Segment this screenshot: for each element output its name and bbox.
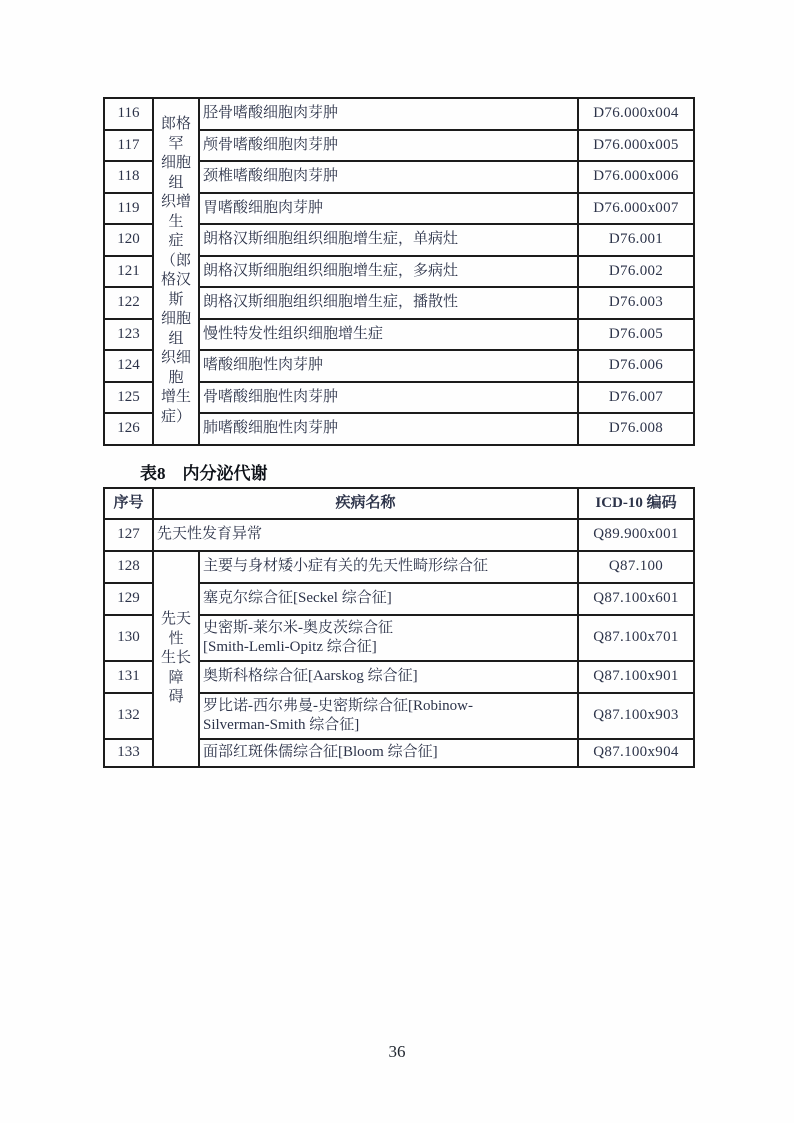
row-number-cell: 128 [104, 551, 153, 583]
icd-code-cell: Q87.100x701 [578, 615, 694, 661]
icd-code-cell: D76.007 [578, 382, 694, 414]
document-page: 116 郎格罕 细胞组 织增生 症（郎 格汉斯 细胞组 织细胞 增生 症） 胫骨… [0, 0, 794, 1123]
row-number-cell: 123 [104, 319, 153, 351]
disease-name-cell: 颈椎嗜酸细胞肉芽肿 [199, 161, 578, 193]
disease-name-cell: 罗比诺-西尔弗曼-史密斯综合征[Robinow- Silverman-Smith… [199, 693, 578, 739]
icd-code-cell: Q87.100 [578, 551, 694, 583]
row-number-cell: 131 [104, 661, 153, 693]
table-row: 127 先天性发育异常 Q89.900x001 [104, 519, 694, 551]
row-number-cell: 127 [104, 519, 153, 551]
row-number-cell: 119 [104, 193, 153, 225]
table8-caption: 表8 内分泌代谢 [140, 459, 268, 484]
row-number-cell: 118 [104, 161, 153, 193]
icd-code-cell: D76.000x005 [578, 130, 694, 162]
disease-name-cell: 史密斯-莱尔米-奥皮茨综合征 [Smith-Lemli-Opitz 综合征] [199, 615, 578, 661]
row-number-cell: 129 [104, 583, 153, 615]
disease-group-cell: 郎格罕 细胞组 织增生 症（郎 格汉斯 细胞组 织细胞 增生 症） [153, 98, 199, 445]
icd-code-cell: D76.001 [578, 224, 694, 256]
row-number-cell: 124 [104, 350, 153, 382]
icd-code-cell: Q89.900x001 [578, 519, 694, 551]
row-number-cell: 133 [104, 739, 153, 767]
icd-code-cell: Q87.100x601 [578, 583, 694, 615]
disease-name-cell: 骨嗜酸细胞性肉芽肿 [199, 382, 578, 414]
disease-name-cell: 嗜酸细胞性肉芽肿 [199, 350, 578, 382]
disease-name-cell: 塞克尔综合征[Seckel 综合征] [199, 583, 578, 615]
row-number-cell: 122 [104, 287, 153, 319]
icd-code-cell: Q87.100x903 [578, 693, 694, 739]
disease-group-cell: 先天性 生长障 碍 [153, 551, 199, 767]
disease-name-cell: 颅骨嗜酸细胞肉芽肿 [199, 130, 578, 162]
icd-code-cell: D76.000x006 [578, 161, 694, 193]
disease-name-cell: 朗格汉斯细胞组织细胞增生症，多病灶 [199, 256, 578, 288]
table-row: 128 先天性 生长障 碍 主要与身材矮小症有关的先天性畸形综合征 Q87.10… [104, 551, 694, 583]
icd-code-cell: Q87.100x901 [578, 661, 694, 693]
disease-name-cell: 奥斯科格综合征[Aarskog 综合征] [199, 661, 578, 693]
row-number-cell: 130 [104, 615, 153, 661]
column-header-no: 序号 [104, 488, 153, 519]
disease-name-cell: 胫骨嗜酸细胞肉芽肿 [199, 98, 578, 130]
icd-code-cell: Q87.100x904 [578, 739, 694, 767]
disease-name-cell: 朗格汉斯细胞组织细胞增生症，播散性 [199, 287, 578, 319]
disease-name-cell: 主要与身材矮小症有关的先天性畸形综合征 [199, 551, 578, 583]
disease-name-cell: 面部红斑侏儒综合征[Bloom 综合征] [199, 739, 578, 767]
column-header-disease-name: 疾病名称 [153, 488, 578, 519]
disease-name-cell: 先天性发育异常 [153, 519, 578, 551]
icd-code-cell: D76.000x007 [578, 193, 694, 225]
disease-name-cell: 慢性特发性组织细胞增生症 [199, 319, 578, 351]
row-number-cell: 116 [104, 98, 153, 130]
icd-code-cell: D76.003 [578, 287, 694, 319]
row-number-cell: 125 [104, 382, 153, 414]
disease-name-cell: 肺嗜酸细胞性肉芽肿 [199, 413, 578, 445]
page-number: 36 [0, 1042, 794, 1062]
disease-name-cell: 胃嗜酸细胞肉芽肿 [199, 193, 578, 225]
row-number-cell: 120 [104, 224, 153, 256]
icd-code-cell: D76.008 [578, 413, 694, 445]
icd-code-cell: D76.005 [578, 319, 694, 351]
row-number-cell: 132 [104, 693, 153, 739]
table-row: 116 郎格罕 细胞组 织增生 症（郎 格汉斯 细胞组 织细胞 增生 症） 胫骨… [104, 98, 694, 130]
disease-name-cell: 朗格汉斯细胞组织细胞增生症，单病灶 [199, 224, 578, 256]
table-header-row: 序号 疾病名称 ICD-10 编码 [104, 488, 694, 519]
icd-code-cell: D76.000x004 [578, 98, 694, 130]
row-number-cell: 117 [104, 130, 153, 162]
icd-code-cell: D76.002 [578, 256, 694, 288]
column-header-icd-code: ICD-10 编码 [578, 488, 694, 519]
langerhans-histiocytosis-table: 116 郎格罕 细胞组 织增生 症（郎 格汉斯 细胞组 织细胞 增生 症） 胫骨… [103, 97, 695, 446]
icd-code-cell: D76.006 [578, 350, 694, 382]
endocrine-metabolism-table: 序号 疾病名称 ICD-10 编码 127 先天性发育异常 Q89.900x00… [103, 487, 695, 768]
row-number-cell: 121 [104, 256, 153, 288]
row-number-cell: 126 [104, 413, 153, 445]
